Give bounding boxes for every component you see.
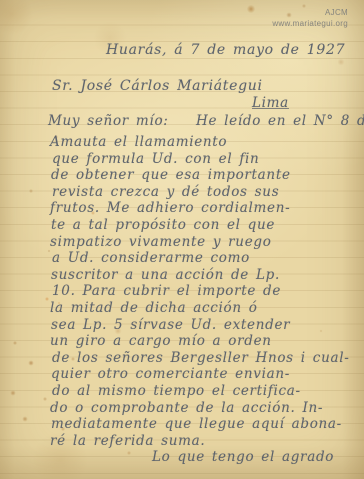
handwritten-letter: Huarás, á 7 de mayo de 1927 Sr. José Cár… [0, 0, 364, 479]
letter-opening-phrase: He leído en el N° 8 de [196, 113, 364, 129]
letter-body-line: de los señores Bergesller Hnos i cual- [52, 350, 356, 367]
letter-body-line: quier otro comerciante envian- [51, 366, 356, 383]
letter-body-line: de obtener que esa importante [51, 167, 356, 184]
letter-body-line: simpatizo vivamente y ruego [50, 234, 356, 251]
letter-place: Lima [252, 95, 289, 111]
letter-body: Amauta el llamamiento que formula Ud. co… [50, 134, 356, 466]
letter-body-line: Amauta el llamamiento [50, 134, 356, 151]
letter-salutation: Muy señor mío: [48, 113, 169, 129]
scanned-letter-page: AJCM www.mariategui.org Huarás, á 7 de m… [0, 0, 364, 479]
letter-body-line: 10. Para cubrir el importe de [52, 283, 356, 300]
letter-body-line: do o comprobante de la acción. In- [50, 400, 356, 417]
letter-closing-phrase: Lo que tengo el agrado [152, 449, 356, 466]
letter-body-line: un giro a cargo mío a orden [50, 333, 356, 350]
letter-body-line: te a tal propósito con el que [51, 217, 356, 234]
letter-body-line: revista crezca y dé todos sus [52, 184, 356, 201]
letter-body-line: sea Lp. 5 sírvase Ud. extender [51, 317, 356, 334]
letter-body-line: do al mismo tiempo el certifica- [52, 383, 356, 400]
letter-body-line: mediatamente que llegue aquí abona- [51, 416, 356, 433]
letter-body-line: la mitad de dicha acción ó [50, 300, 356, 317]
letter-body-line: que formula Ud. con el fin [52, 151, 356, 168]
letter-body-line: a Ud. considerarme como [52, 250, 356, 267]
letter-body-line: ré la referida suma. [50, 433, 356, 450]
letter-body-line: suscritor a una acción de Lp. [51, 267, 356, 284]
letter-date: Huarás, á 7 de mayo de 1927 [106, 42, 345, 58]
letter-recipient: Sr. José Cárlos Mariátegui [52, 78, 263, 94]
letter-body-line: frutos. Me adhiero cordialmen- [50, 200, 356, 217]
